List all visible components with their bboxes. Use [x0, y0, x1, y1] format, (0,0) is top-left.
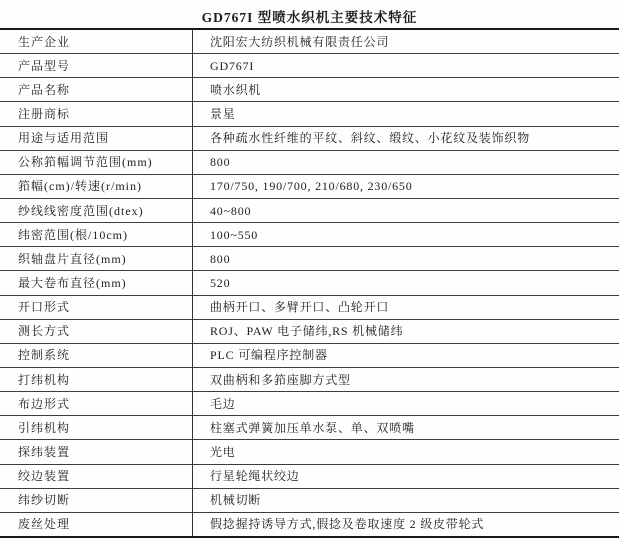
table-row: 控制系统PLC 可编程序控制器	[0, 344, 619, 368]
table-row: 探纬装置光电	[0, 440, 619, 464]
table-row: 纱线线密度范围(dtex)40~800	[0, 199, 619, 223]
row-label: 用途与适用范围	[0, 127, 193, 150]
table-row: 纬密范围(根/10cm)100~550	[0, 223, 619, 247]
row-value: 光电	[193, 440, 619, 463]
row-value: GD767I	[193, 54, 619, 77]
table-row: 开口形式曲柄开口、多臂开口、凸轮开口	[0, 296, 619, 320]
table-row: 产品型号GD767I	[0, 54, 619, 78]
row-label: 纬密范围(根/10cm)	[0, 223, 193, 246]
row-value: 行星轮绳状绞边	[193, 465, 619, 488]
spec-table: 生产企业沈阳宏大纺织机械有限责任公司产品型号GD767I产品名称喷水织机注册商标…	[0, 28, 619, 538]
row-value: 800	[193, 247, 619, 270]
row-value: 40~800	[193, 199, 619, 222]
row-label: 废丝处理	[0, 513, 193, 536]
table-row: 生产企业沈阳宏大纺织机械有限责任公司	[0, 30, 619, 54]
table-row: 引纬机构柱塞式弹簧加压单水泵、单、双喷嘴	[0, 416, 619, 440]
row-label: 打纬机构	[0, 368, 193, 391]
row-value: 曲柄开口、多臂开口、凸轮开口	[193, 296, 619, 319]
row-label: 引纬机构	[0, 416, 193, 439]
table-row: 最大卷布直径(mm)520	[0, 271, 619, 295]
row-label: 产品型号	[0, 54, 193, 77]
row-value: 毛边	[193, 392, 619, 415]
row-value: 各种疏水性纤维的平纹、斜纹、缎纹、小花纹及装饰织物	[193, 127, 619, 150]
row-label: 绞边装置	[0, 465, 193, 488]
row-value: 800	[193, 151, 619, 174]
table-row: 产品名称喷水织机	[0, 78, 619, 102]
table-row: 筘幅(cm)/转速(r/min)170/750, 190/700, 210/68…	[0, 175, 619, 199]
row-label: 开口形式	[0, 296, 193, 319]
row-value: ROJ、PAW 电子储纬,RS 机械储纬	[193, 320, 619, 343]
document-page: GD767I 型喷水织机主要技术特征 生产企业沈阳宏大纺织机械有限责任公司产品型…	[0, 0, 619, 541]
table-row: 织轴盘片直径(mm)800	[0, 247, 619, 271]
row-value: 100~550	[193, 223, 619, 246]
row-value: 机械切断	[193, 489, 619, 512]
row-value: 双曲柄和多筘座脚方式型	[193, 368, 619, 391]
table-row: 纬纱切断机械切断	[0, 489, 619, 513]
table-row: 注册商标景星	[0, 102, 619, 126]
row-value: 柱塞式弹簧加压单水泵、单、双喷嘴	[193, 416, 619, 439]
row-label: 筘幅(cm)/转速(r/min)	[0, 175, 193, 198]
row-label: 纱线线密度范围(dtex)	[0, 199, 193, 222]
row-value: 520	[193, 271, 619, 294]
row-label: 最大卷布直径(mm)	[0, 271, 193, 294]
row-label: 生产企业	[0, 30, 193, 53]
table-row: 布边形式毛边	[0, 392, 619, 416]
row-label: 测长方式	[0, 320, 193, 343]
table-row: 测长方式ROJ、PAW 电子储纬,RS 机械储纬	[0, 320, 619, 344]
row-label: 布边形式	[0, 392, 193, 415]
row-label: 探纬装置	[0, 440, 193, 463]
row-label: 公称筘幅调节范围(mm)	[0, 151, 193, 174]
table-row: 用途与适用范围各种疏水性纤维的平纹、斜纹、缎纹、小花纹及装饰织物	[0, 127, 619, 151]
table-row: 公称筘幅调节范围(mm)800	[0, 151, 619, 175]
row-value: 沈阳宏大纺织机械有限责任公司	[193, 30, 619, 53]
row-value: 喷水织机	[193, 78, 619, 101]
table-row: 绞边装置行星轮绳状绞边	[0, 465, 619, 489]
row-value: 景星	[193, 102, 619, 125]
row-label: 产品名称	[0, 78, 193, 101]
row-label: 注册商标	[0, 102, 193, 125]
table-row: 废丝处理假捻握持诱导方式,假捻及卷取速度 2 级皮带轮式	[0, 513, 619, 536]
row-value: PLC 可编程序控制器	[193, 344, 619, 367]
row-label: 控制系统	[0, 344, 193, 367]
row-value: 假捻握持诱导方式,假捻及卷取速度 2 级皮带轮式	[193, 513, 619, 536]
table-row: 打纬机构双曲柄和多筘座脚方式型	[0, 368, 619, 392]
row-label: 织轴盘片直径(mm)	[0, 247, 193, 270]
row-value: 170/750, 190/700, 210/680, 230/650	[193, 175, 619, 198]
page-title: GD767I 型喷水织机主要技术特征	[0, 6, 619, 26]
row-label: 纬纱切断	[0, 489, 193, 512]
